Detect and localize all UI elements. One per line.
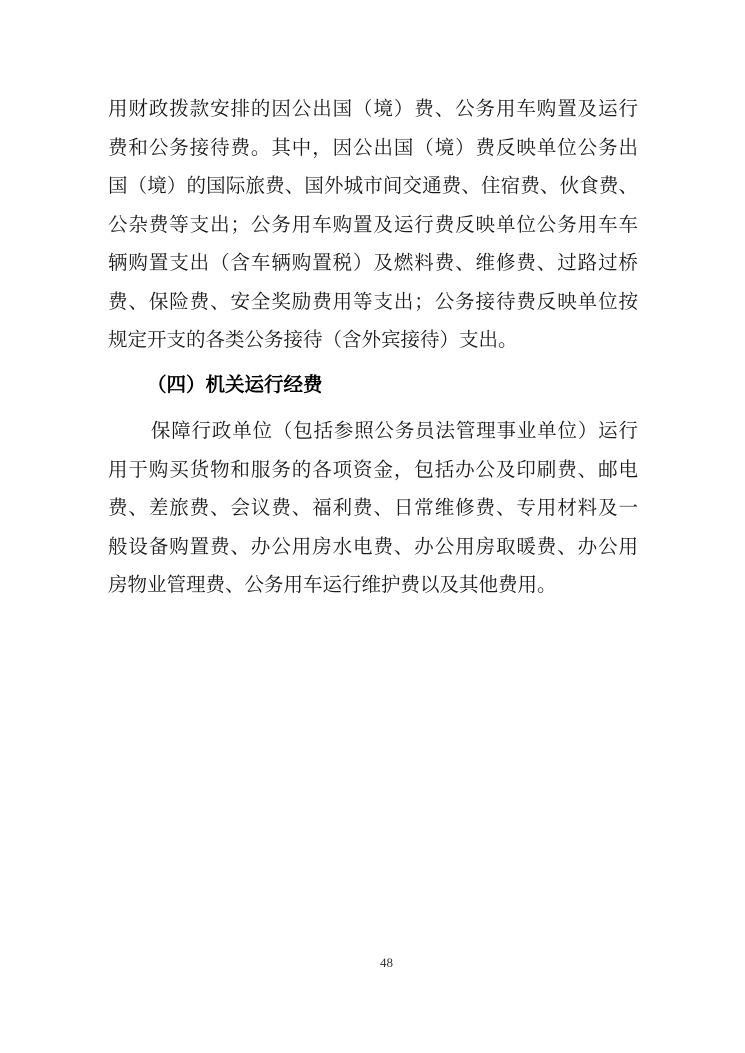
text-line: 费、保险费、安全奖励费用等支出；公务接待费反映单位按 bbox=[108, 284, 638, 323]
text-line: 般设备购置费、办公用房水电费、办公用房取暖费、办公用 bbox=[108, 529, 638, 568]
document-page: 用财政拨款安排的因公出国（境）费、公务用车购置及运行 费和公务接待费。其中，因公… bbox=[0, 0, 745, 1053]
text-line: 费、差旅费、会议费、福利费、日常维修费、专用材料及一 bbox=[108, 490, 638, 529]
text-line: 房物业管理费、公务用车运行维护费以及其他费用。 bbox=[108, 567, 638, 606]
text-line: 用财政拨款安排的因公出国（境）费、公务用车购置及运行 bbox=[108, 91, 638, 130]
document-content: 用财政拨款安排的因公出国（境）费、公务用车购置及运行 费和公务接待费。其中，因公… bbox=[108, 91, 638, 606]
paragraph-expense-definitions: 用财政拨款安排的因公出国（境）费、公务用车购置及运行 费和公务接待费。其中，因公… bbox=[108, 91, 638, 361]
page-number: 48 bbox=[14, 955, 745, 971]
text-line: 保障行政单位（包括参照公务员法管理事业单位）运行 bbox=[108, 413, 638, 452]
text-line: 规定开支的各类公务接待（含外宾接待）支出。 bbox=[108, 322, 638, 361]
text-line: 费和公务接待费。其中，因公出国（境）费反映单位公务出 bbox=[108, 130, 638, 169]
section-heading: （四）机关运行经费 bbox=[108, 367, 638, 406]
text-line: 国（境）的国际旅费、国外城市间交通费、住宿费、伙食费、 bbox=[108, 168, 638, 207]
text-line: 公杂费等支出；公务用车购置及运行费反映单位公务用车车 bbox=[108, 207, 638, 246]
paragraph-agency-operating-funds: 保障行政单位（包括参照公务员法管理事业单位）运行 用于购买货物和服务的各项资金，… bbox=[108, 413, 638, 606]
text-line: 用于购买货物和服务的各项资金，包括办公及印刷费、邮电 bbox=[108, 452, 638, 491]
text-line: 辆购置支出（含车辆购置税）及燃料费、维修费、过路过桥 bbox=[108, 245, 638, 284]
